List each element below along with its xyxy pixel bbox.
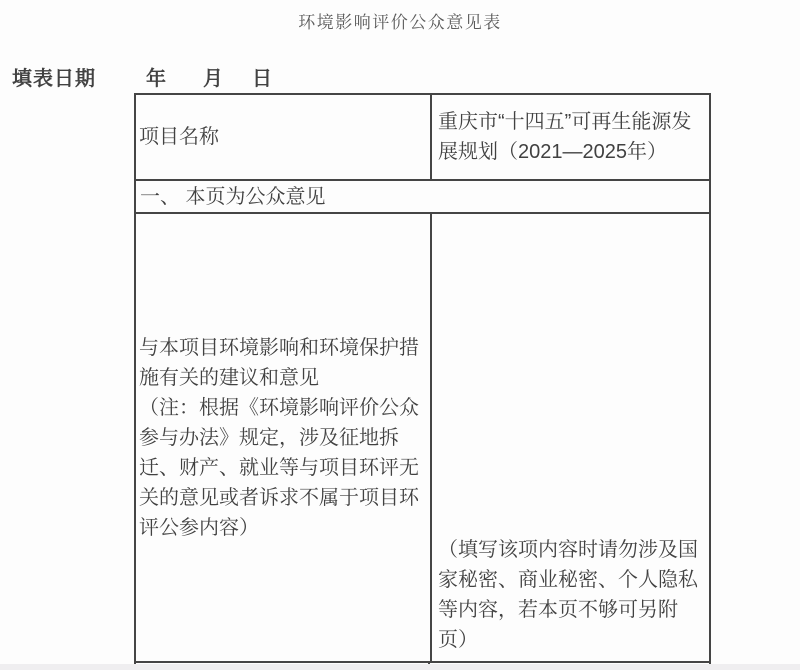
fill-date-row: 填表日期 年 月 日: [0, 62, 800, 88]
opinion-note: （注：根据《环境影响评价公众参与办法》规定，涉及征地拆迁、财产、就业等与项目环评…: [139, 393, 422, 543]
project-name-label-cell: 项目名称: [136, 95, 432, 179]
section-heading: 一、 本页为公众意见: [140, 182, 326, 212]
project-name-row: 项目名称 重庆市“十四五”可再生能源发展规划（2021—2025年）: [136, 95, 709, 181]
date-day-label: 日: [252, 62, 272, 91]
section-heading-row: 一、 本页为公众意见: [136, 181, 709, 214]
date-month-label: 月: [203, 62, 223, 91]
opinion-prompt: 与本项目环境影响和环境保护措施有关的建议和意见: [139, 333, 422, 393]
document-title: 环境影响评价公众意见表: [0, 8, 800, 33]
form-table: 项目名称 重庆市“十四五”可再生能源发展规划（2021—2025年） 一、 本页…: [134, 93, 711, 663]
project-name-label: 项目名称: [139, 122, 422, 152]
page-bottom-strip: [0, 664, 800, 670]
project-name-value-cell: 重庆市“十四五”可再生能源发展规划（2021—2025年）: [432, 95, 709, 179]
opinion-row: 与本项目环境影响和环境保护措施有关的建议和意见 （注：根据《环境影响评价公众参与…: [136, 214, 709, 661]
opinion-input-cell[interactable]: （填写该项内容时请勿涉及国家秘密、商业秘密、个人隐私等内容，若本页不够可另附页）: [432, 214, 709, 661]
fill-date-label: 填表日期: [12, 62, 96, 91]
opinion-fill-note: （填写该项内容时请勿涉及国家秘密、商业秘密、个人隐私等内容，若本页不够可另附页）: [438, 535, 705, 655]
project-name-value: 重庆市“十四五”可再生能源发展规划（2021—2025年）: [438, 107, 705, 167]
document-page: 环境影响评价公众意见表 填表日期 年 月 日 项目名称 重庆市“十四五”可再生能…: [0, 0, 800, 670]
opinion-label-cell: 与本项目环境影响和环境保护措施有关的建议和意见 （注：根据《环境影响评价公众参与…: [136, 214, 432, 661]
date-year-label: 年: [146, 62, 166, 91]
